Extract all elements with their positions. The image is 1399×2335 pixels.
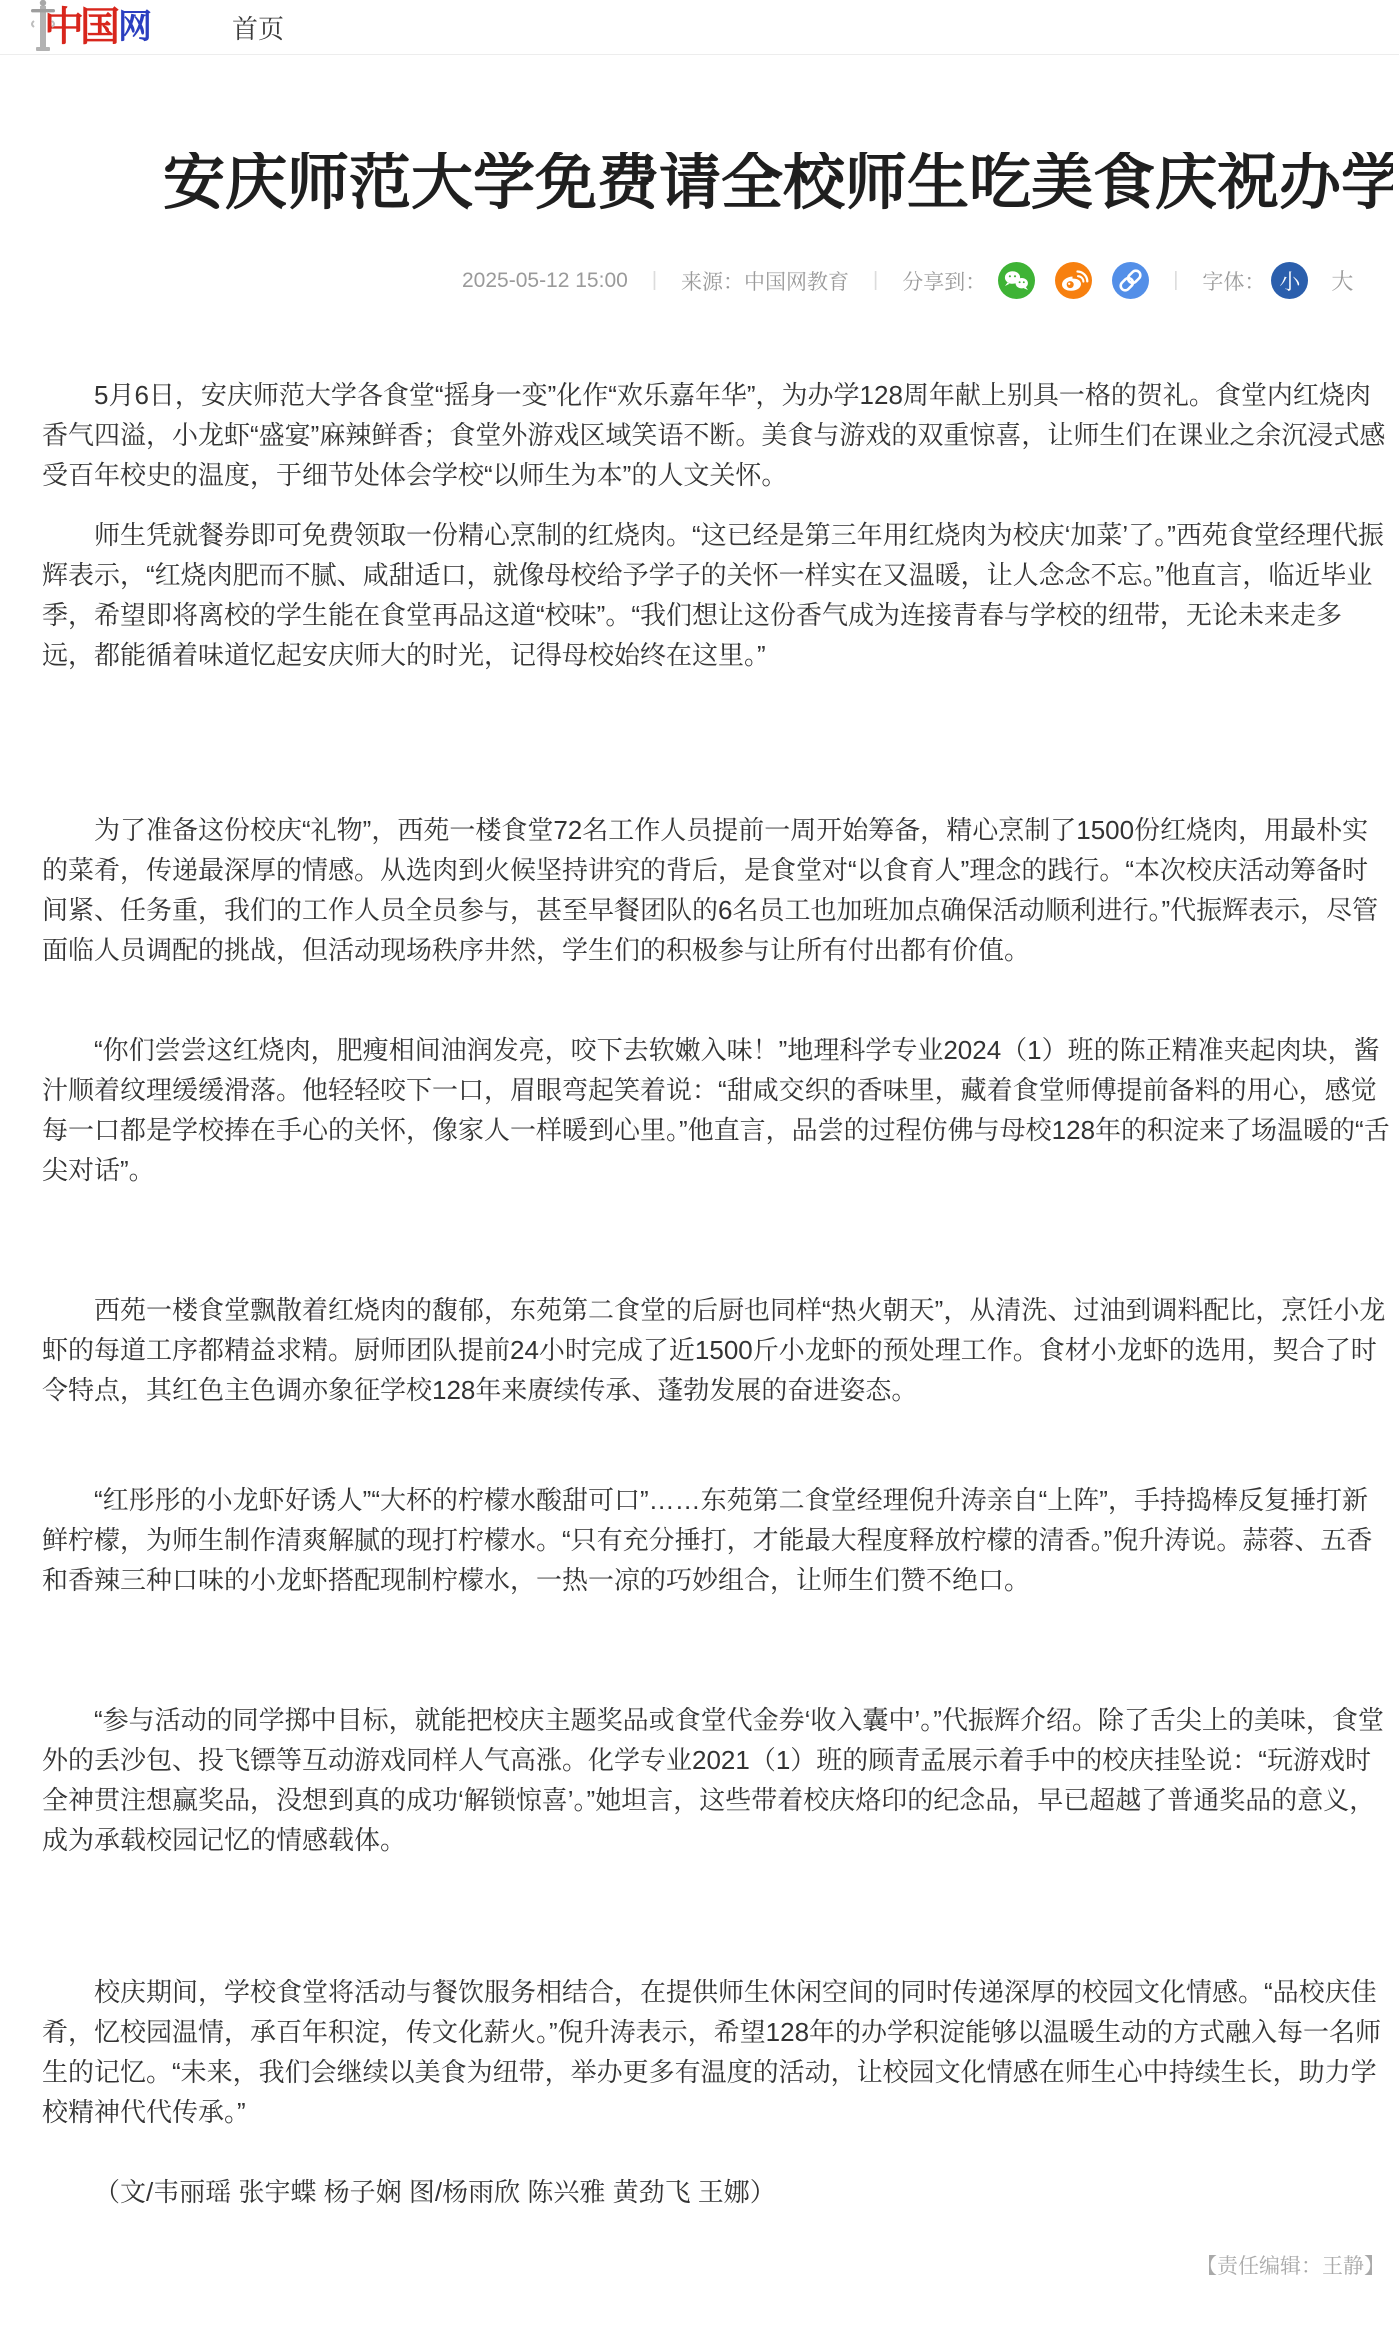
article-paragraph: 校庆期间，学校食堂将活动与餐饮服务相结合，在提供师生休闲空间的同时传递深厚的校园… — [42, 1972, 1393, 2132]
nav-home-link[interactable]: 首页 — [232, 9, 284, 46]
font-size-label: 字体： — [1202, 266, 1265, 296]
font-size-large-button[interactable]: 大 — [1331, 265, 1353, 296]
publish-date: 2025-05-12 15:00 — [462, 269, 628, 293]
site-logo[interactable]: 中国 网 — [28, 0, 152, 55]
article-title: 安庆师范大学免费请全校师生吃美食庆祝办学 — [163, 152, 1393, 214]
huabiao-pillar-icon — [28, 0, 58, 55]
article-credits: （文/韦丽瑶 张宇蝶 杨子娴 图/杨雨欣 陈兴雅 黄劲飞 王娜） — [42, 2172, 1393, 2212]
article-paragraph: 西苑一楼食堂飘散着红烧肉的馥郁，东苑第二食堂的后厨也同样“热火朝天”，从清洗、过… — [42, 1290, 1393, 1410]
article-paragraph: “参与活动的同学掷中目标，就能把校庆主题奖品或食堂代金券‘收入囊中’。”代振辉介… — [42, 1700, 1393, 1860]
article-paragraph: 5月6日，安庆师范大学各食堂“摇身一变”化作“欢乐嘉年华”，为办学128周年献上… — [42, 375, 1393, 495]
share-wechat-icon[interactable] — [998, 262, 1035, 299]
article-paragraph: “红彤彤的小龙虾好诱人”“大杯的柠檬水酸甜可口”……东苑第二食堂经理倪升涛亲自“… — [42, 1480, 1393, 1600]
share-weibo-icon[interactable] — [1055, 262, 1092, 299]
meta-divider: | — [873, 269, 878, 292]
article-body: 5月6日，安庆师范大学各食堂“摇身一变”化作“欢乐嘉年华”，为办学128周年献上… — [42, 375, 1393, 2212]
font-size-small-button[interactable]: 小 — [1271, 262, 1308, 299]
article-paragraph: 为了准备这份校庆“礼物”，西苑一楼食堂72名工作人员提前一周开始筹备，精心烹制了… — [42, 810, 1393, 970]
article-paragraph: 师生凭就餐券即可免费领取一份精心烹制的红烧肉。“这已经是第三年用红烧肉为校庆‘加… — [42, 515, 1393, 675]
share-label: 分享到： — [902, 266, 986, 296]
logo-text-net: 网 — [118, 0, 152, 55]
meta-divider: | — [652, 269, 657, 292]
article-paragraph: “你们尝尝这红烧肉，肥瘦相间油润发亮，咬下去软嫩入味！”地理科学专业2024（1… — [42, 1030, 1393, 1190]
article-meta-row: 2025-05-12 15:00 | 来源：中国网教育 | 分享到： — [42, 262, 1393, 299]
editor-byline: 【责任编辑：王静】 — [42, 2250, 1393, 2280]
site-header: 中国 网 首页 — [0, 0, 1399, 55]
meta-divider: | — [1173, 269, 1178, 292]
share-icons-group — [998, 262, 1149, 299]
share-copylink-icon[interactable] — [1112, 262, 1149, 299]
article: 安庆师范大学免费请全校师生吃美食庆祝办学 2025-05-12 15:00 | … — [0, 152, 1399, 2280]
article-source: 来源：中国网教育 — [681, 266, 849, 296]
